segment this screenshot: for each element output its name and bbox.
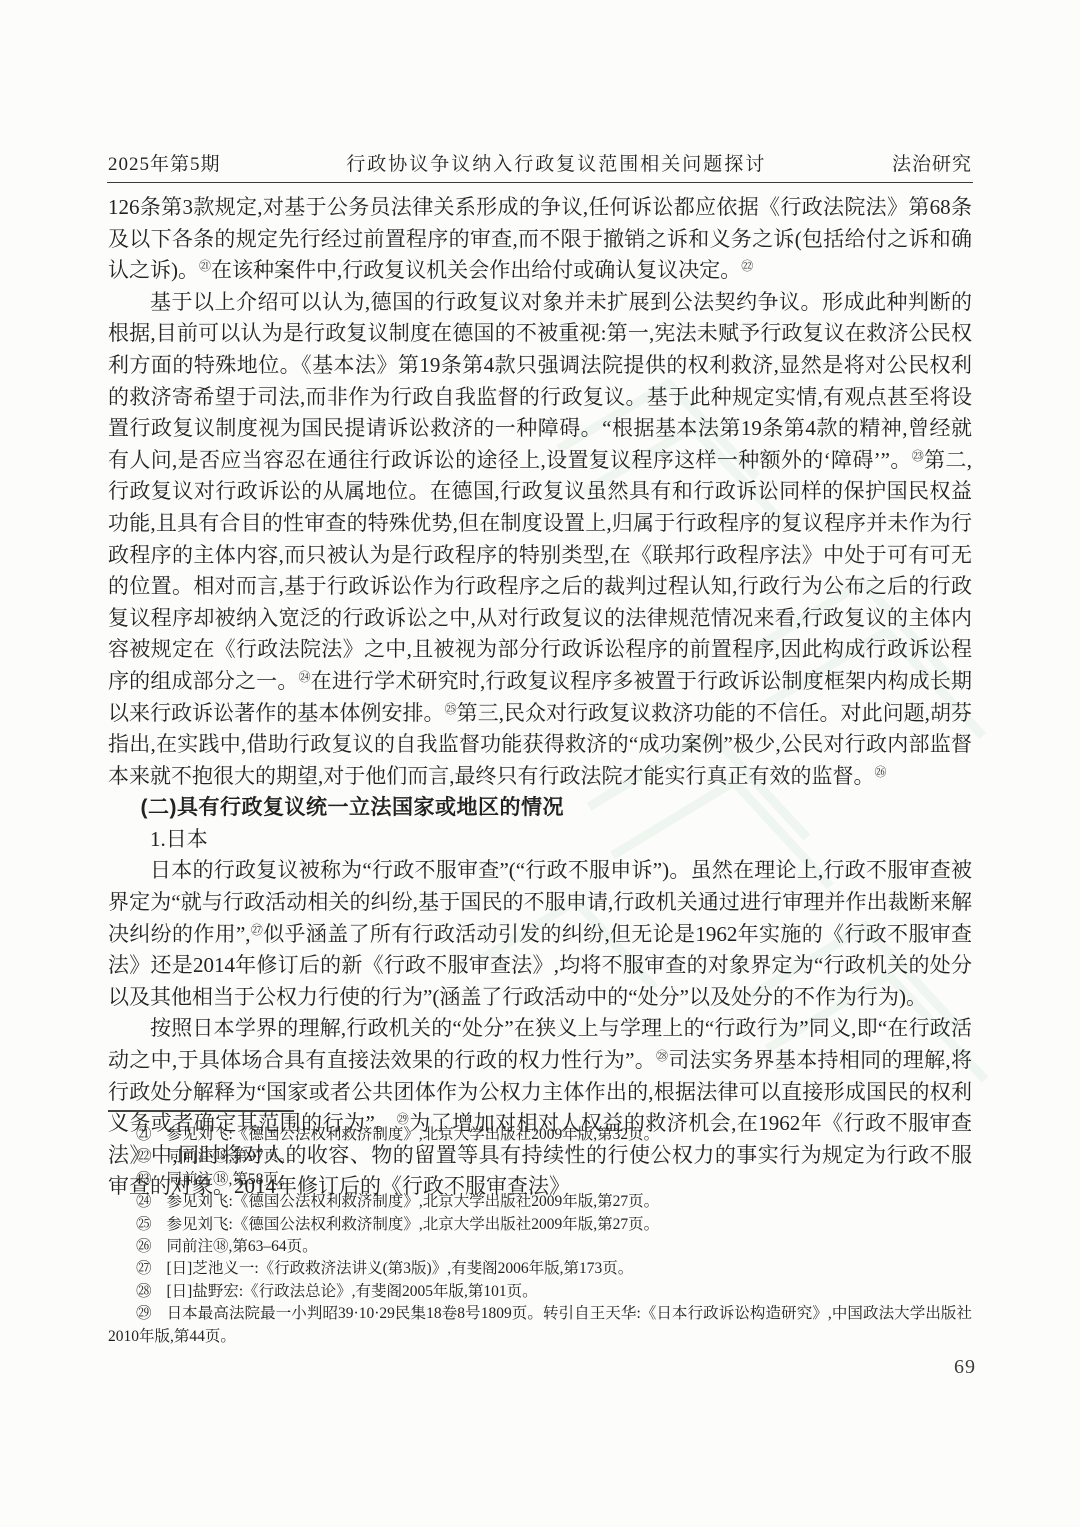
footnote-number: ㉗ bbox=[136, 1258, 152, 1280]
footnote-text: 同前注⑱,第63–64页。 bbox=[167, 1238, 318, 1255]
header-issue: 2025年第5期 bbox=[108, 149, 221, 176]
body-subitem-japan: 1.日本 bbox=[108, 824, 972, 856]
footnote-26: ㉖同前注⑱,第63–64页。 bbox=[108, 1236, 972, 1258]
footnote-28: ㉘[日]盐野宏:《行政法总论》,有斐阁2005年版,第101页。 bbox=[108, 1281, 972, 1303]
footnote-text: 日本最高法院最一小判昭39·10·29民集18卷8号1809页。转引自王天华:《… bbox=[108, 1305, 972, 1344]
body-paragraph-japan-review: 日本的行政复议被称为“行政不服审查”(“行政不服申诉”)。虽然在理论上,行政不服… bbox=[108, 855, 972, 1013]
page-number: 69 bbox=[954, 1356, 976, 1379]
footnote-number: ㉘ bbox=[136, 1281, 152, 1303]
running-head: 2025年第5期 行政协议争议纳入行政复议范围相关问题探讨 法治研究 bbox=[108, 149, 972, 176]
footnote-text: 参见刘飞:《德国公法权利救济制度》,北京大学出版社2009年版,第27页。 bbox=[167, 1216, 660, 1233]
body-paragraph-continuation: 126条第3款规定,对基于公务员法律关系形成的争议,任何诉讼都应依据《行政法院法… bbox=[108, 192, 972, 287]
footnote-number: ㉙ bbox=[136, 1303, 152, 1325]
header-journal-name: 法治研究 bbox=[892, 149, 972, 176]
journal-page: 2025年第5期 行政协议争议纳入行政复议范围相关问题探讨 法治研究 126条第… bbox=[0, 0, 1080, 1527]
article-body: 126条第3款规定,对基于公务员法律关系形成的争议,任何诉讼都应依据《行政法院法… bbox=[108, 192, 972, 1203]
footnote-number: ㉕ bbox=[136, 1214, 152, 1236]
footnote-number: ㉖ bbox=[136, 1236, 152, 1258]
footnote-separator bbox=[108, 1110, 294, 1112]
header-article-title: 行政协议争议纳入行政复议范围相关问题探讨 bbox=[346, 149, 766, 176]
footnote-text: 同前注⑱,第58页。 bbox=[167, 1171, 295, 1188]
footnote-24: ㉔参见刘飞:《德国公法权利救济制度》,北京大学出版社2009年版,第27页。 bbox=[108, 1191, 972, 1213]
footnote-21: ㉑参见刘飞:《德国公法权利救济制度》,北京大学出版社2009年版,第32页。 bbox=[108, 1124, 972, 1146]
footnote-text: 参见刘飞:《德国公法权利救济制度》,北京大学出版社2009年版,第27页。 bbox=[167, 1193, 660, 1210]
body-paragraph-germany-analysis: 基于以上介绍可以认为,德国的行政复议对象并未扩展到公法契约争议。形成此种判断的根… bbox=[108, 287, 972, 793]
footnote-number: ㉑ bbox=[136, 1124, 152, 1146]
footnote-25: ㉕参见刘飞:《德国公法权利救济制度》,北京大学出版社2009年版,第27页。 bbox=[108, 1214, 972, 1236]
footnote-29: ㉙日本最高法院最一小判昭39·10·29民集18卷8号1809页。转引自王天华:… bbox=[108, 1303, 972, 1348]
footnote-number: ㉒ bbox=[136, 1146, 152, 1168]
header-rule bbox=[107, 182, 973, 183]
footnote-number: ㉓ bbox=[136, 1169, 152, 1191]
footnote-23: ㉓同前注⑱,第58页。 bbox=[108, 1169, 972, 1191]
footnote-text: 参见刘飞:《德国公法权利救济制度》,北京大学出版社2009年版,第32页。 bbox=[167, 1126, 660, 1143]
section-heading-unified-legislation: (二)具有行政复议统一立法国家或地区的情况 bbox=[108, 792, 972, 824]
footnote-text: [日]盐野宏:《行政法总论》,有斐阁2005年版,第101页。 bbox=[167, 1283, 538, 1300]
footnote-22: ㉒同前注⑱,第97页。 bbox=[108, 1146, 972, 1168]
footnote-text: [日]芝池义一:《行政救济法讲义(第3版)》,有斐阁2006年版,第173页。 bbox=[167, 1260, 634, 1277]
footnotes-section: ㉑参见刘飞:《德国公法权利救济制度》,北京大学出版社2009年版,第32页。 ㉒… bbox=[108, 1124, 972, 1348]
footnote-27: ㉗[日]芝池义一:《行政救济法讲义(第3版)》,有斐阁2006年版,第173页。 bbox=[108, 1258, 972, 1280]
footnote-number: ㉔ bbox=[136, 1191, 152, 1213]
footnote-text: 同前注⑱,第97页。 bbox=[167, 1148, 295, 1165]
